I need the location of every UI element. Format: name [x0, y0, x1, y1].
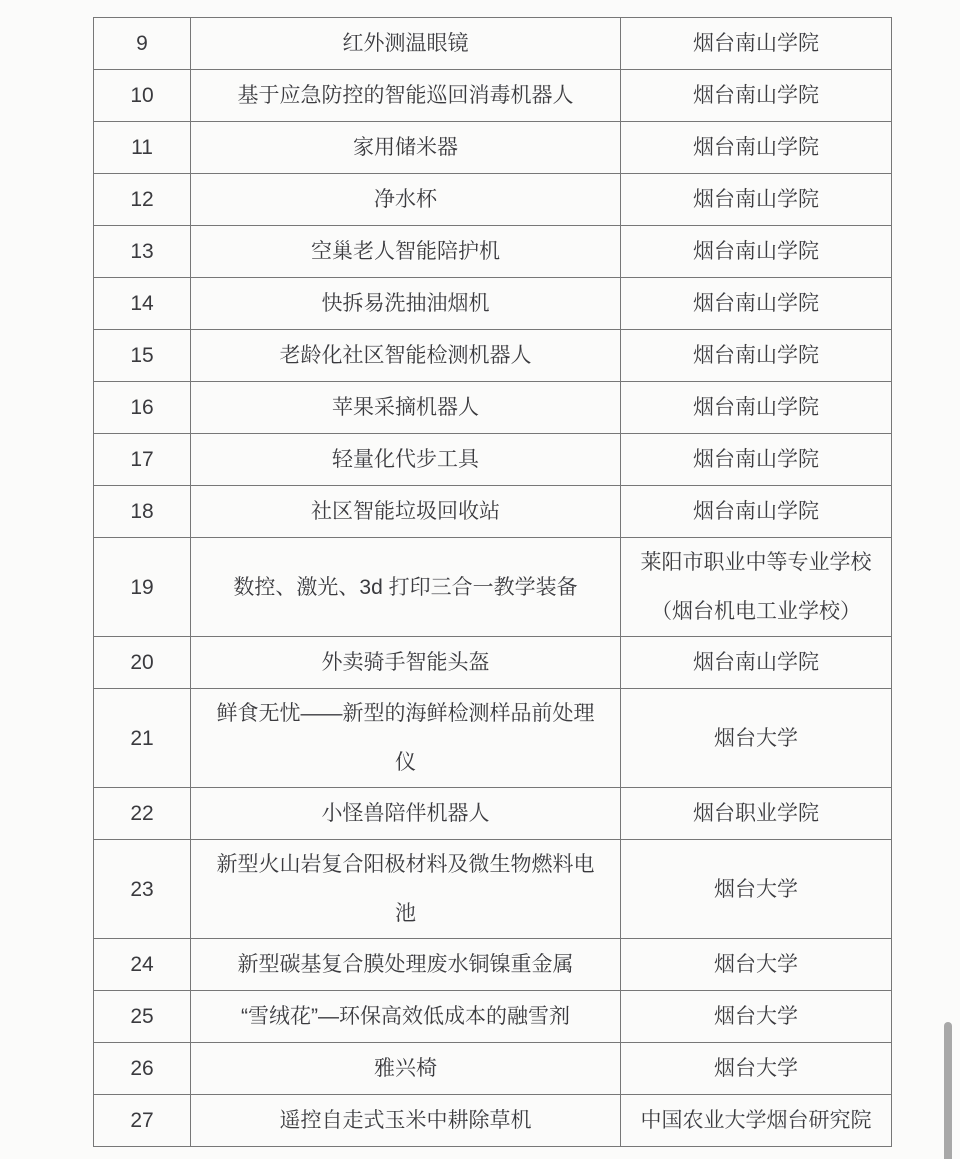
institution-name: 烟台南山学院 — [693, 448, 819, 471]
project-name-cell: 雅兴椅 — [191, 1043, 621, 1095]
project-name-cell: 轻量化代步工具 — [191, 434, 621, 486]
row-number-cell: 22 — [94, 788, 191, 840]
row-number-cell: 21 — [94, 689, 191, 788]
row-number: 9 — [136, 32, 148, 55]
table-row: 25 “雪绒花”—环保高效低成本的融雪剂 烟台大学 — [94, 991, 892, 1043]
institution-name: 烟台大学 — [714, 878, 798, 901]
row-number: 14 — [130, 292, 153, 315]
institution-cell: 烟台南山学院 — [621, 486, 892, 538]
institution-cell: 烟台大学 — [621, 689, 892, 788]
institution-name: 烟台南山学院 — [693, 136, 819, 159]
institution-name: 烟台大学 — [714, 727, 798, 750]
project-name: 新型碳基复合膜处理废水铜镍重金属 — [238, 953, 574, 976]
project-name-cell: 苹果采摘机器人 — [191, 382, 621, 434]
table-row: 11 家用储米器 烟台南山学院 — [94, 122, 892, 174]
institution-name: 烟台职业学院 — [693, 802, 819, 825]
project-name-cell: 数控、激光、3d 打印三合一教学装备 — [191, 538, 621, 637]
row-number: 12 — [130, 188, 153, 211]
row-number: 27 — [130, 1109, 153, 1132]
institution-name: 烟台南山学院 — [693, 344, 819, 367]
institution-name: 烟台南山学院 — [693, 240, 819, 263]
row-number: 13 — [130, 240, 153, 263]
institution-name: 烟台大学 — [714, 1005, 798, 1028]
institution-cell: 烟台南山学院 — [621, 382, 892, 434]
table-body: 9 红外测温眼镜 烟台南山学院 10 基于应急防控的智能巡回消毒机器人 烟台南山… — [94, 18, 892, 1147]
institution-cell: 烟台南山学院 — [621, 637, 892, 689]
row-number-cell: 11 — [94, 122, 191, 174]
row-number-cell: 10 — [94, 70, 191, 122]
project-name-cell: 老龄化社区智能检测机器人 — [191, 330, 621, 382]
project-name: 遥控自走式玉米中耕除草机 — [280, 1109, 532, 1132]
institution-cell: 烟台南山学院 — [621, 18, 892, 70]
project-name-cell: 鲜食无忧——新型的海鲜检测样品前处理 仪 — [191, 689, 621, 788]
institution-cell: 烟台南山学院 — [621, 278, 892, 330]
project-name: 基于应急防控的智能巡回消毒机器人 — [238, 84, 574, 107]
institution-name: 烟台南山学院 — [693, 32, 819, 55]
institution-name: 烟台大学 — [714, 953, 798, 976]
table-row: 17 轻量化代步工具 烟台南山学院 — [94, 434, 892, 486]
project-name-cell: 外卖骑手智能头盔 — [191, 637, 621, 689]
row-number: 11 — [131, 136, 153, 159]
project-name: 轻量化代步工具 — [332, 448, 479, 471]
project-name: 苹果采摘机器人 — [332, 396, 479, 419]
table-row: 16 苹果采摘机器人 烟台南山学院 — [94, 382, 892, 434]
row-number-cell: 25 — [94, 991, 191, 1043]
institution-cell: 烟台职业学院 — [621, 788, 892, 840]
row-number: 22 — [130, 802, 153, 825]
institution-name: 烟台南山学院 — [693, 651, 819, 674]
table-row: 23 新型火山岩复合阳极材料及微生物燃料电 池 烟台大学 — [94, 840, 892, 939]
table-row: 13 空巢老人智能陪护机 烟台南山学院 — [94, 226, 892, 278]
institution-name: 莱阳市职业中等专业学校 （烟台机电工业学校） — [641, 551, 872, 623]
project-name: 红外测温眼镜 — [343, 32, 469, 55]
institution-cell: 烟台大学 — [621, 1043, 892, 1095]
project-name: “雪绒花”—环保高效低成本的融雪剂 — [241, 1005, 570, 1028]
institution-cell: 烟台大学 — [621, 991, 892, 1043]
institution-cell: 烟台南山学院 — [621, 70, 892, 122]
row-number-cell: 26 — [94, 1043, 191, 1095]
row-number: 16 — [130, 396, 153, 419]
table-row: 18 社区智能垃圾回收站 烟台南山学院 — [94, 486, 892, 538]
institution-name: 烟台南山学院 — [693, 396, 819, 419]
table-row: 27 遥控自走式玉米中耕除草机 中国农业大学烟台研究院 — [94, 1095, 892, 1147]
row-number-cell: 18 — [94, 486, 191, 538]
institution-cell: 中国农业大学烟台研究院 — [621, 1095, 892, 1147]
project-name-cell: 社区智能垃圾回收站 — [191, 486, 621, 538]
institution-cell: 烟台南山学院 — [621, 122, 892, 174]
institution-name: 烟台南山学院 — [693, 292, 819, 315]
project-name-cell: 红外测温眼镜 — [191, 18, 621, 70]
row-number: 20 — [130, 651, 153, 674]
row-number-cell: 14 — [94, 278, 191, 330]
project-name: 净水杯 — [374, 188, 437, 211]
project-name-cell: “雪绒花”—环保高效低成本的融雪剂 — [191, 991, 621, 1043]
table-row: 26 雅兴椅 烟台大学 — [94, 1043, 892, 1095]
institution-cell: 烟台南山学院 — [621, 434, 892, 486]
project-name-cell: 遥控自走式玉米中耕除草机 — [191, 1095, 621, 1147]
row-number: 10 — [130, 84, 153, 107]
project-name-cell: 空巢老人智能陪护机 — [191, 226, 621, 278]
project-name: 空巢老人智能陪护机 — [311, 240, 500, 263]
row-number-cell: 17 — [94, 434, 191, 486]
table-row: 10 基于应急防控的智能巡回消毒机器人 烟台南山学院 — [94, 70, 892, 122]
project-name: 数控、激光、3d 打印三合一教学装备 — [233, 576, 577, 599]
row-number-cell: 23 — [94, 840, 191, 939]
institution-name: 烟台南山学院 — [693, 188, 819, 211]
institution-cell: 烟台大学 — [621, 840, 892, 939]
institution-name: 烟台大学 — [714, 1057, 798, 1080]
row-number: 19 — [130, 576, 153, 599]
project-award-table: 9 红外测温眼镜 烟台南山学院 10 基于应急防控的智能巡回消毒机器人 烟台南山… — [93, 17, 892, 1147]
row-number: 23 — [130, 878, 153, 901]
vertical-scrollbar-thumb[interactable] — [944, 1022, 952, 1159]
row-number-cell: 24 — [94, 939, 191, 991]
institution-name: 中国农业大学烟台研究院 — [641, 1109, 872, 1132]
project-name-cell: 小怪兽陪伴机器人 — [191, 788, 621, 840]
project-name: 外卖骑手智能头盔 — [322, 651, 490, 674]
table-row: 9 红外测温眼镜 烟台南山学院 — [94, 18, 892, 70]
row-number-cell: 20 — [94, 637, 191, 689]
row-number-cell: 16 — [94, 382, 191, 434]
project-name-cell: 快拆易洗抽油烟机 — [191, 278, 621, 330]
table-row: 24 新型碳基复合膜处理废水铜镍重金属 烟台大学 — [94, 939, 892, 991]
table-row: 22 小怪兽陪伴机器人 烟台职业学院 — [94, 788, 892, 840]
row-number: 24 — [130, 953, 153, 976]
row-number-cell: 9 — [94, 18, 191, 70]
row-number: 21 — [130, 727, 153, 750]
institution-cell: 莱阳市职业中等专业学校 （烟台机电工业学校） — [621, 538, 892, 637]
project-name: 雅兴椅 — [374, 1057, 437, 1080]
institution-name: 烟台南山学院 — [693, 500, 819, 523]
row-number: 26 — [130, 1057, 153, 1080]
project-name: 家用储米器 — [353, 136, 458, 159]
institution-cell: 烟台南山学院 — [621, 330, 892, 382]
row-number-cell: 12 — [94, 174, 191, 226]
row-number: 25 — [130, 1005, 153, 1028]
table-row: 15 老龄化社区智能检测机器人 烟台南山学院 — [94, 330, 892, 382]
project-name: 小怪兽陪伴机器人 — [322, 802, 490, 825]
row-number-cell: 19 — [94, 538, 191, 637]
table-row: 19 数控、激光、3d 打印三合一教学装备 莱阳市职业中等专业学校 （烟台机电工… — [94, 538, 892, 637]
table-row: 21 鲜食无忧——新型的海鲜检测样品前处理 仪 烟台大学 — [94, 689, 892, 788]
row-number: 15 — [130, 344, 153, 367]
row-number-cell: 15 — [94, 330, 191, 382]
project-name: 社区智能垃圾回收站 — [311, 500, 500, 523]
row-number: 17 — [130, 448, 153, 471]
institution-cell: 烟台南山学院 — [621, 226, 892, 278]
table-row: 12 净水杯 烟台南山学院 — [94, 174, 892, 226]
project-name-cell: 净水杯 — [191, 174, 621, 226]
table-row: 20 外卖骑手智能头盔 烟台南山学院 — [94, 637, 892, 689]
project-name-cell: 新型火山岩复合阳极材料及微生物燃料电 池 — [191, 840, 621, 939]
table-row: 14 快拆易洗抽油烟机 烟台南山学院 — [94, 278, 892, 330]
row-number-cell: 27 — [94, 1095, 191, 1147]
project-name: 老龄化社区智能检测机器人 — [280, 344, 532, 367]
institution-name: 烟台南山学院 — [693, 84, 819, 107]
row-number: 18 — [130, 500, 153, 523]
institution-cell: 烟台南山学院 — [621, 174, 892, 226]
project-name: 鲜食无忧——新型的海鲜检测样品前处理 仪 — [217, 702, 595, 774]
institution-cell: 烟台大学 — [621, 939, 892, 991]
project-name-cell: 基于应急防控的智能巡回消毒机器人 — [191, 70, 621, 122]
project-name-cell: 家用储米器 — [191, 122, 621, 174]
project-name: 新型火山岩复合阳极材料及微生物燃料电 池 — [217, 853, 595, 925]
project-name-cell: 新型碳基复合膜处理废水铜镍重金属 — [191, 939, 621, 991]
row-number-cell: 13 — [94, 226, 191, 278]
project-name: 快拆易洗抽油烟机 — [322, 292, 490, 315]
